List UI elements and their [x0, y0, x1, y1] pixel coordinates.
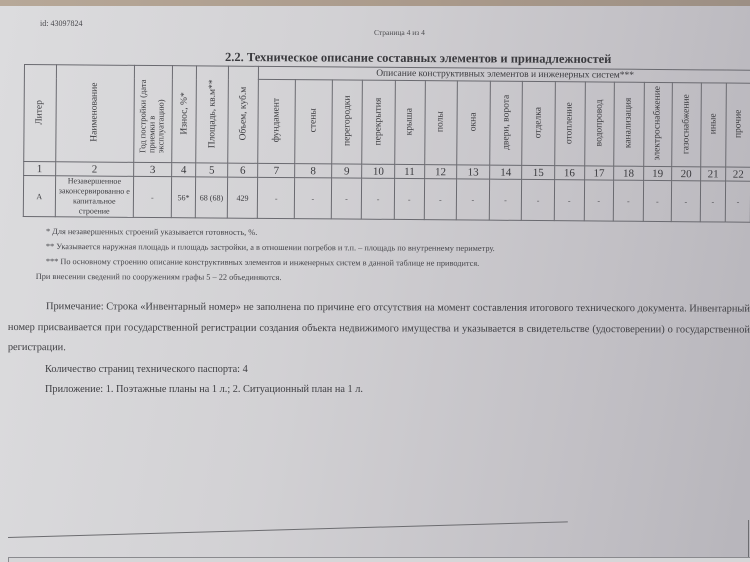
- column-number: 17: [584, 166, 614, 180]
- cell-element: -: [258, 177, 295, 218]
- section-title: 2.2. Техническое описание составных элем…: [225, 50, 611, 67]
- header-element: двери, ворота: [489, 81, 522, 165]
- header-element: канализация: [614, 82, 644, 166]
- column-number: 7: [258, 163, 295, 177]
- header-element: отопление: [555, 82, 585, 166]
- sheet-right-edge: [748, 520, 749, 562]
- note-paragraph: Примечание: Строка «Инвентарный номер» н…: [8, 297, 750, 361]
- column-number: 22: [726, 167, 750, 181]
- cell-element: -: [700, 181, 726, 222]
- cell-element: -: [331, 178, 362, 219]
- cell-element: -: [554, 180, 584, 221]
- column-number: 12: [424, 165, 457, 179]
- cell-name: Незавершенное законсервированно е капита…: [55, 176, 134, 218]
- cell-element: -: [294, 178, 331, 219]
- cell-element: -: [394, 178, 424, 219]
- header-volume: Объем, куб.м: [228, 66, 259, 163]
- header-element: прочие: [726, 83, 750, 167]
- column-number: 6: [227, 163, 258, 177]
- footnotes: * Для незавершенных строений указывается…: [46, 224, 495, 286]
- header-area: Площадь, кв.м**: [196, 66, 228, 163]
- header-element: фундамент: [258, 79, 295, 163]
- header-element: стены: [295, 80, 332, 164]
- header-wear: Износ, %*: [172, 66, 197, 163]
- cell-wear: 56*: [171, 177, 196, 218]
- lower-sheet: [8, 557, 750, 562]
- column-number: 20: [672, 167, 701, 181]
- document-id: id: 43097824: [40, 19, 82, 28]
- header-element: окна: [457, 81, 490, 165]
- footnote-4: При внесении сведений по сооружениям гра…: [36, 269, 495, 286]
- column-number: 21: [700, 167, 726, 181]
- pages-count: Количество страниц технического паспорта…: [45, 364, 248, 375]
- cell-element: -: [671, 181, 700, 222]
- technical-description-table-wrap: Литер Наименование Год постройки (дата п…: [23, 64, 750, 223]
- cell-element: -: [613, 180, 643, 221]
- appendix: Приложение: 1. Поэтажные планы на 1 л.; …: [45, 384, 363, 395]
- column-number: 5: [196, 163, 228, 177]
- header-element: перекрытия: [362, 80, 395, 164]
- cell-element: -: [362, 178, 395, 219]
- header-liter: Литер: [24, 65, 56, 162]
- column-number: 11: [395, 164, 425, 178]
- header-year: Год постройки (дата приемки в эксплуатац…: [134, 65, 172, 162]
- cell-volume: 429: [227, 177, 258, 218]
- header-element: водопровод: [584, 82, 614, 166]
- column-number: 15: [522, 165, 555, 179]
- cell-year: -: [133, 176, 171, 217]
- column-number: 3: [134, 162, 172, 176]
- cell-element: -: [522, 179, 555, 220]
- cell-element: -: [584, 180, 614, 221]
- photo-top-edge: [0, 0, 750, 6]
- header-element: отделка: [522, 81, 555, 165]
- sheet-edge-line: [8, 521, 568, 538]
- table-row: А Незавершенное законсервированно е капи…: [23, 176, 750, 223]
- technical-description-table: Литер Наименование Год постройки (дата п…: [23, 64, 750, 223]
- header-element: крыша: [395, 80, 425, 164]
- column-number: 14: [489, 165, 522, 179]
- column-number: 9: [331, 164, 362, 178]
- column-number: 1: [24, 162, 56, 176]
- header-element: полы: [424, 81, 457, 165]
- cell-element: -: [725, 181, 750, 222]
- cell-liter: А: [23, 176, 55, 217]
- note-text: Примечание: Строка «Инвентарный номер» н…: [8, 297, 750, 361]
- column-number: 16: [555, 166, 585, 180]
- header-element: иные: [700, 83, 726, 167]
- column-number: 4: [171, 163, 196, 177]
- page-number: Страница 4 из 4: [374, 28, 425, 37]
- column-number: 18: [614, 166, 644, 180]
- column-number: 19: [643, 166, 672, 180]
- cell-element: -: [424, 179, 457, 220]
- column-number: 8: [295, 164, 332, 178]
- header-name: Наименование: [55, 65, 134, 163]
- header-element: перегородки: [332, 80, 363, 164]
- cell-element: -: [643, 180, 672, 221]
- header-element: электроснабжение: [643, 82, 672, 166]
- cell-area: 68 (68): [196, 177, 228, 218]
- header-element: газоснабжение: [672, 83, 701, 167]
- column-number: 10: [362, 164, 395, 178]
- column-number: 2: [55, 162, 134, 177]
- column-number: 13: [457, 165, 490, 179]
- cell-element: -: [489, 179, 522, 220]
- cell-element: -: [456, 179, 489, 220]
